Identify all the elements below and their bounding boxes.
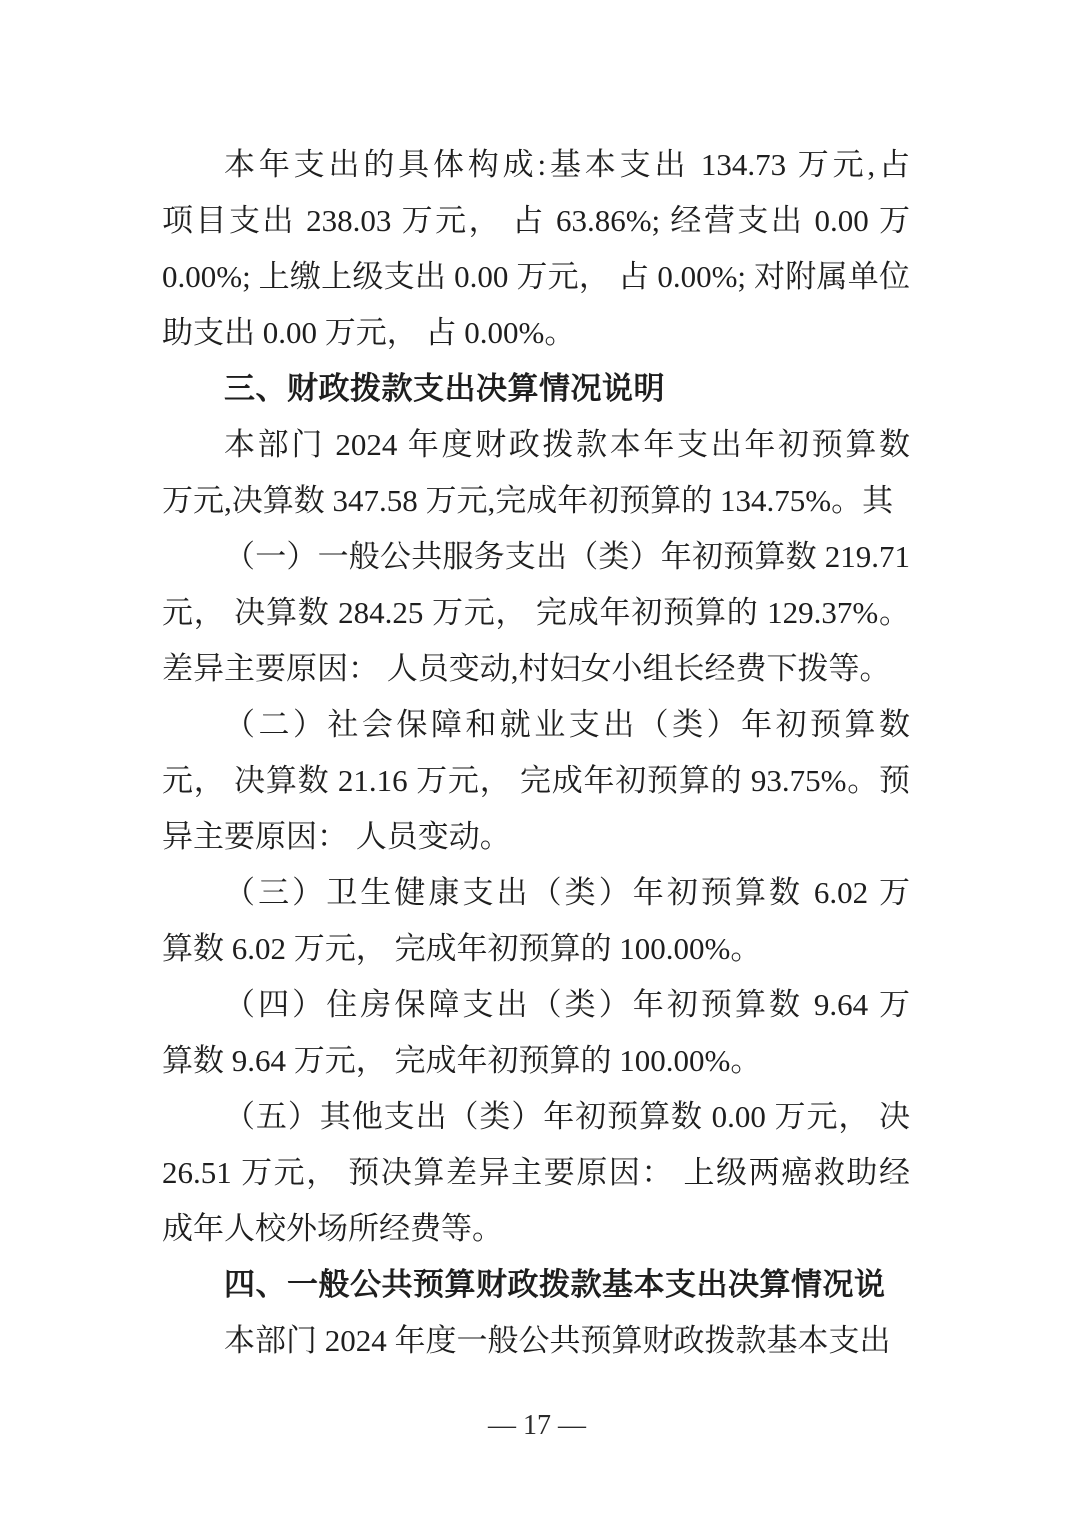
text-line: （二）社会保障和就业支出（类）年初预算数 22.57 万 — [162, 697, 910, 753]
text-line: （一）一般公共服务支出（类）年初预算数 219.71 万 — [162, 529, 910, 585]
text-line: 本部门 2024 年度财政拨款本年支出年初预算数 257.95 — [162, 417, 910, 473]
text-line: 元， 决算数 21.16 万元， 完成年初预算的 93.75%。预决算差 — [162, 753, 910, 809]
document-body: 本年支出的具体构成:基本支出 134.73 万元,占 36.14%;项目支出 2… — [162, 137, 910, 1369]
text-line: 异主要原因： 人员变动。 — [162, 809, 910, 865]
page-number: — 17 — — [0, 1398, 1074, 1454]
text-line: 本年支出的具体构成:基本支出 134.73 万元,占 36.14%; — [162, 137, 910, 193]
section-heading: 四、一般公共预算财政拨款基本支出决算情况说明 — [162, 1257, 910, 1313]
paragraph: （四）住房保障支出（类）年初预算数 9.64 万元， 决算数 9.64 万元， … — [162, 977, 910, 1089]
text-line: 本部门 2024 年度一般公共预算财政拨款基本支出 — [162, 1313, 910, 1369]
text-line: （四）住房保障支出（类）年初预算数 9.64 万元， 决 — [162, 977, 910, 1033]
paragraph: （五）其他支出（类）年初预算数 0.00 万元， 决算数26.51 万元， 预决… — [162, 1089, 910, 1257]
document-page: 本年支出的具体构成:基本支出 134.73 万元,占 36.14%;项目支出 2… — [0, 0, 1074, 1520]
text-line: 助支出 0.00 万元， 占 0.00%。 — [162, 305, 910, 361]
paragraph: 本部门 2024 年度一般公共预算财政拨款基本支出 — [162, 1313, 910, 1369]
paragraph: 本年支出的具体构成:基本支出 134.73 万元,占 36.14%;项目支出 2… — [162, 137, 910, 361]
text-line: 万元,决算数 347.58 万元,完成年初预算的 134.75%。其中： — [162, 473, 910, 529]
text-line: 0.00%; 上缴上级支出 0.00 万元， 占 0.00%; 对附属单位补 — [162, 249, 910, 305]
text-line: 项目支出 238.03 万元， 占 63.86%; 经营支出 0.00 万元， … — [162, 193, 910, 249]
text-line: 成年人校外场所经费等。 — [162, 1201, 910, 1257]
text-line: 差异主要原因： 人员变动,村妇女小组长经费下拨等。 — [162, 641, 910, 697]
text-line: （三）卫生健康支出（类）年初预算数 6.02 万元， 决 — [162, 865, 910, 921]
section-heading: 三、财政拨款支出决算情况说明 — [162, 361, 910, 417]
paragraph: （一）一般公共服务支出（类）年初预算数 219.71 万元， 决算数 284.2… — [162, 529, 910, 697]
text-line: （五）其他支出（类）年初预算数 0.00 万元， 决算数 — [162, 1089, 910, 1145]
paragraph: （三）卫生健康支出（类）年初预算数 6.02 万元， 决算数 6.02 万元， … — [162, 865, 910, 977]
text-line: 三、财政拨款支出决算情况说明 — [162, 361, 910, 417]
text-line: 算数 6.02 万元， 完成年初预算的 100.00%。 — [162, 921, 910, 977]
text-line: 元， 决算数 284.25 万元， 完成年初预算的 129.37%。预决算 — [162, 585, 910, 641]
paragraph: （二）社会保障和就业支出（类）年初预算数 22.57 万元， 决算数 21.16… — [162, 697, 910, 865]
text-line: 26.51 万元， 预决算差异主要原因： 上级两癌救助经费、未 — [162, 1145, 910, 1201]
text-line: 四、一般公共预算财政拨款基本支出决算情况说明 — [162, 1257, 910, 1313]
text-line: 算数 9.64 万元， 完成年初预算的 100.00%。 — [162, 1033, 910, 1089]
paragraph: 本部门 2024 年度财政拨款本年支出年初预算数 257.95万元,决算数 34… — [162, 417, 910, 529]
